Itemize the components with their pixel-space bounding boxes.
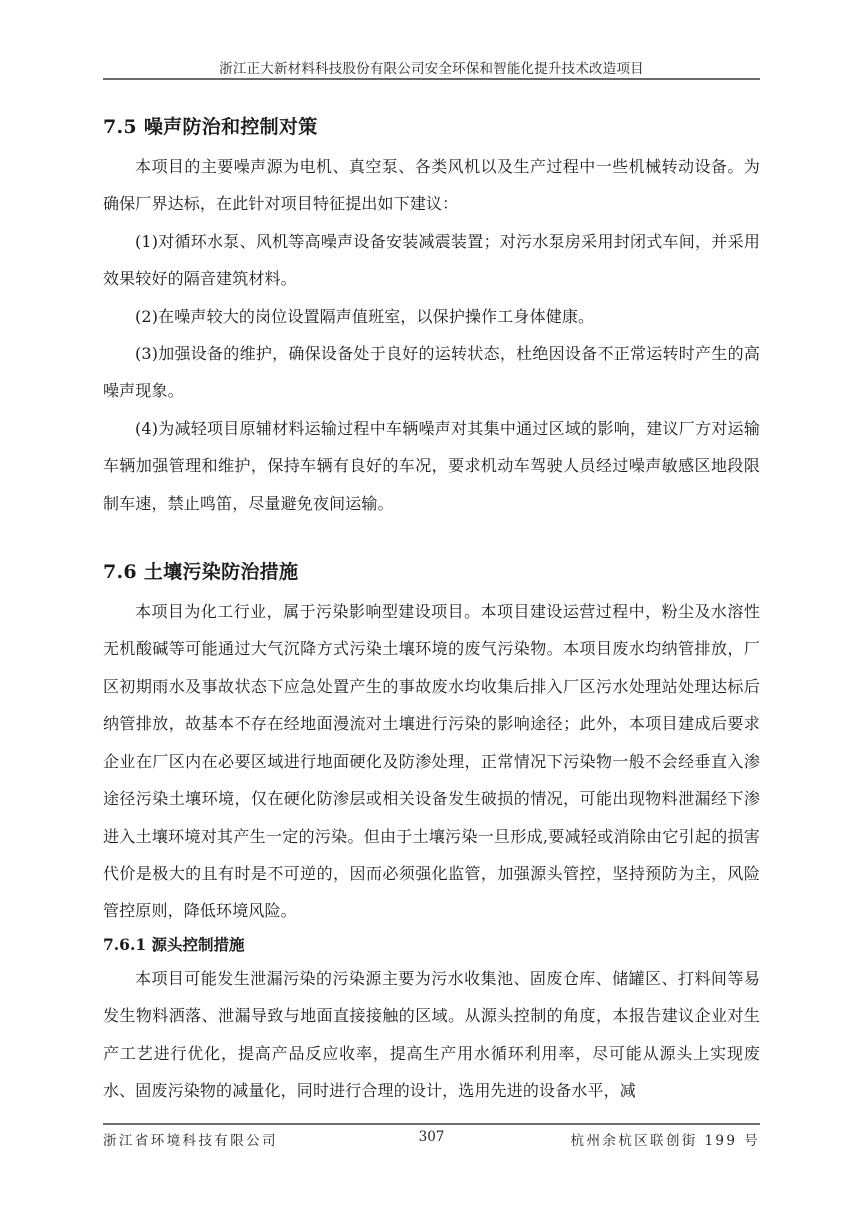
paragraph: (3)加强设备的维护，确保设备处于良好的运转状态，杜绝因设备不正常运转时产生的高… [103, 335, 760, 410]
page-content: 7.5 噪声防治和控制对策 本项目的主要噪声源为电机、真空泵、各类风机以及生产过… [103, 108, 760, 1109]
section-7-5: 7.5 噪声防治和控制对策 本项目的主要噪声源为电机、真空泵、各类风机以及生产过… [103, 108, 760, 522]
header-divider [103, 78, 760, 80]
section-heading: 7.5 噪声防治和控制对策 [103, 108, 760, 146]
spacer [103, 522, 760, 553]
paragraph: 本项目为化工行业，属于污染影响型建设项目。本项目建设运营过程中，粉尘及水溶性无机… [103, 593, 760, 930]
page-footer: 浙江省环境科技有限公司 307 杭州余杭区联创街 199 号 [103, 1129, 760, 1149]
running-header: 浙江正大新材料科技股份有限公司安全环保和智能化提升技术改造项目 [103, 57, 760, 77]
document-page: 浙江正大新材料科技股份有限公司安全环保和智能化提升技术改造项目 7.5 噪声防治… [0, 0, 860, 1216]
paragraph: 本项目的主要噪声源为电机、真空泵、各类风机以及生产过程中一些机械转动设备。为确保… [103, 148, 760, 223]
paragraph: (4)为减轻项目原辅材料运输过程中车辆噪声对其集中通过区域的影响，建议厂方对运输… [103, 410, 760, 522]
paragraph: 本项目可能发生泄漏污染的污染源主要为污水收集池、固废仓库、储罐区、打料间等易发生… [103, 960, 760, 1110]
footer-address: 杭州余杭区联创街 199 号 [571, 1129, 760, 1149]
paragraph: (2)在噪声较大的岗位设置隔声值班室，以保护操作工身体健康。 [103, 298, 760, 335]
subsection-7-6-1: 7.6.1 源头控制措施 本项目可能发生泄漏污染的污染源主要为污水收集池、固废仓… [103, 930, 760, 1110]
subsection-heading: 7.6.1 源头控制措施 [103, 930, 760, 960]
section-7-6: 7.6 土壤污染防治措施 本项目为化工行业，属于污染影响型建设项目。本项目建设运… [103, 553, 760, 1109]
footer-divider [103, 1123, 760, 1125]
paragraph: (1)对循环水泵、风机等高噪声设备安装减震装置；对污水泵房采用封闭式车间，并采用… [103, 223, 760, 298]
section-heading: 7.6 土壤污染防治措施 [103, 553, 760, 591]
